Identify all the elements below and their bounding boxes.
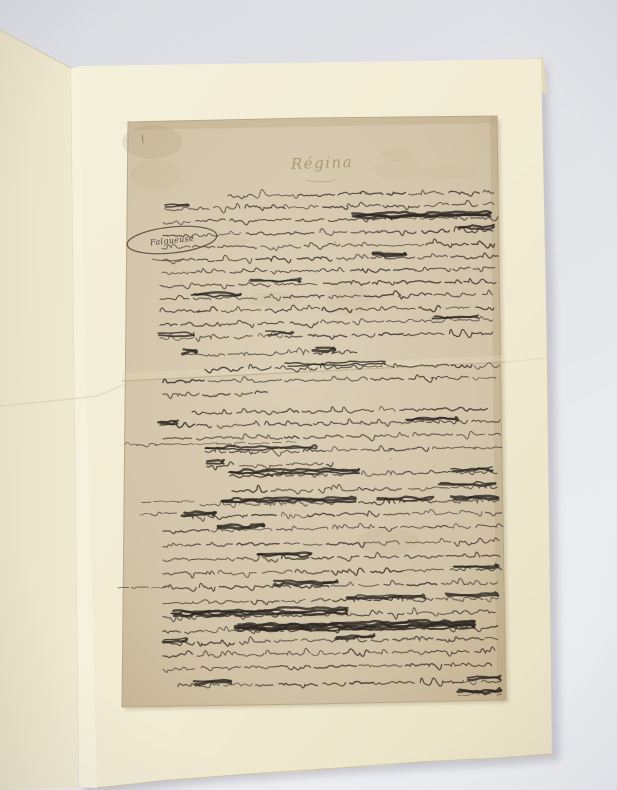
photo: Régina Falgueuse bbox=[0, 0, 617, 790]
manuscript-photo: Régina Falgueuse bbox=[0, 0, 617, 790]
photo-vignette bbox=[0, 0, 617, 790]
